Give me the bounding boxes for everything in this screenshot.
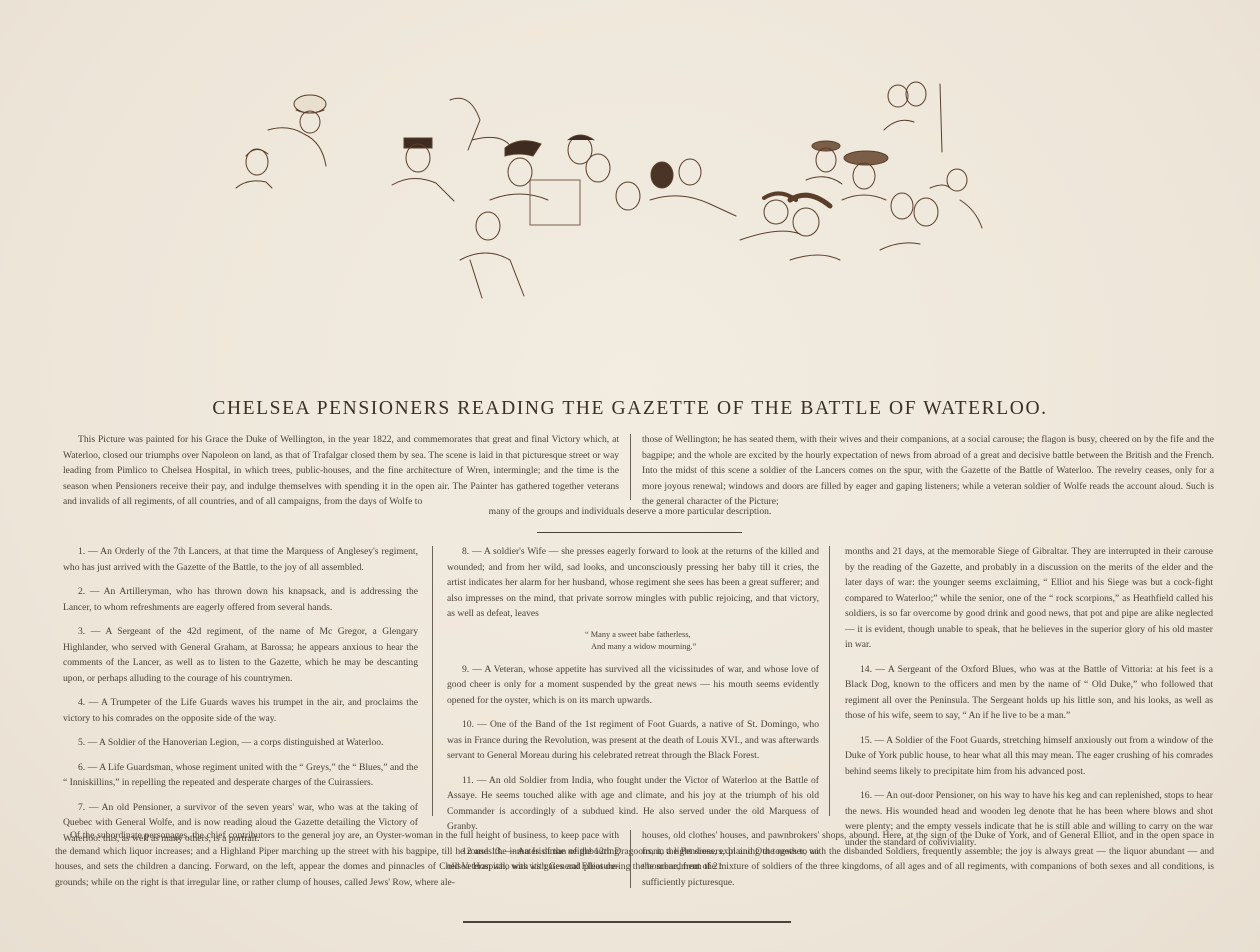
key-item-5: 5. — A Soldier of the Hanoverian Legion,… bbox=[63, 735, 418, 751]
key-divider-1 bbox=[432, 546, 433, 816]
key-item-1: 1. — An Orderly of the 7th Lancers, at t… bbox=[63, 544, 418, 575]
key-item-11: 11. — An old Soldier from India, who fou… bbox=[447, 773, 819, 835]
quote-line-2: And many a widow mourning.” bbox=[585, 641, 819, 653]
figure-15 bbox=[884, 82, 942, 152]
figure-1 bbox=[268, 95, 326, 166]
figure-10-11 bbox=[650, 159, 736, 216]
key-item-4: 4. — A Trumpeter of the Life Guards wave… bbox=[63, 695, 418, 726]
figure-2 bbox=[236, 149, 272, 188]
key-item-14: 14. — A Sergeant of the Oxford Blues, wh… bbox=[845, 662, 1213, 724]
figure-14-16 bbox=[806, 141, 888, 200]
intro-closing: many of the groups and individuals deser… bbox=[0, 504, 1260, 520]
key-item-15: 15. — A Soldier of the Foot Guards, stre… bbox=[845, 733, 1213, 780]
quote-line-1: “ Many a sweet babe fatherless, bbox=[585, 629, 819, 641]
figure-12-13 bbox=[740, 193, 840, 260]
key-item-2: 2. — An Artilleryman, who has thrown dow… bbox=[63, 584, 418, 615]
intro-right-text: those of Wellington; he has seated them,… bbox=[642, 432, 1214, 510]
key-item-12-13-continued: months and 21 days, at the memorable Sie… bbox=[845, 544, 1213, 653]
intro-left-text: This Picture was painted for his Grace t… bbox=[63, 432, 619, 510]
plate-title: CHELSEA PENSIONERS READING THE GAZETTE O… bbox=[0, 398, 1260, 420]
intro-right-column: those of Wellington; he has seated them,… bbox=[642, 432, 1214, 510]
intro-left-column: This Picture was painted for his Grace t… bbox=[63, 432, 619, 510]
intro-closing-text: many of the groups and individuals deser… bbox=[0, 504, 1260, 520]
figure-group-center bbox=[392, 98, 640, 298]
key-item-8: 8. — A soldier's Wife — she presses eage… bbox=[447, 544, 819, 622]
outro-left-text: Of the subordinate personages, the chief… bbox=[55, 828, 619, 890]
outro-right-text: houses, old clothes' houses, and pawnbro… bbox=[642, 828, 1214, 890]
key-item-3: 3. — A Sergeant of the 42d regiment, of … bbox=[63, 624, 418, 686]
key-item-9: 9. — A Veteran, whose appetite has survi… bbox=[447, 662, 819, 709]
key-item-6: 6. — A Life Guardsman, whose regiment un… bbox=[63, 760, 418, 791]
key-item-10: 10. — One of the Band of the 1st regimen… bbox=[447, 717, 819, 764]
key-column-1: 1. — An Orderly of the 7th Lancers, at t… bbox=[63, 544, 418, 855]
figure-14-family bbox=[880, 169, 982, 250]
outro-right-column: houses, old clothes' houses, and pawnbro… bbox=[642, 828, 1214, 890]
section-divider-bottom bbox=[463, 921, 791, 923]
sketch-illustration bbox=[0, 0, 1260, 330]
key-column-3: months and 21 days, at the memorable Sie… bbox=[845, 544, 1213, 859]
key-divider-2 bbox=[829, 546, 830, 816]
outro-column-divider bbox=[630, 830, 631, 888]
section-divider-top bbox=[537, 532, 742, 533]
outro-left-column: Of the subordinate personages, the chief… bbox=[55, 828, 619, 890]
figure-key-sketch bbox=[0, 0, 1260, 330]
intro-column-divider bbox=[630, 434, 631, 500]
poem-quote: “ Many a sweet babe fatherless, And many… bbox=[585, 629, 819, 653]
